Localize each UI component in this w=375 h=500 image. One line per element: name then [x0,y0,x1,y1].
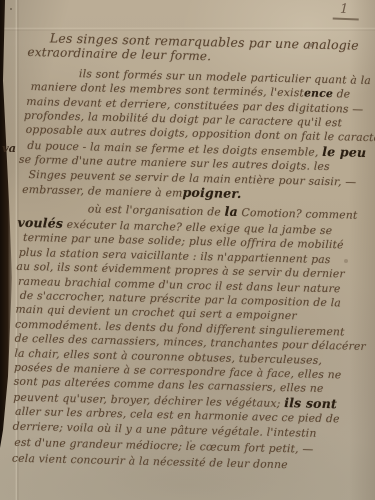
ink-correction: voulés [17,215,63,231]
handwriting-text: extraordinaire de leur forme. [27,45,211,63]
page-number: 1 [332,2,359,21]
handwriting-text: Comotion? comment [238,206,358,222]
handwriting-text: où est l'organisation de [88,203,225,219]
manuscript-photo: 1 va Les singes sont remarquables par un… [0,0,375,500]
margin-note-va: va [2,141,16,155]
ink-correction: la [224,204,238,219]
manuscript-page: 1 va Les singes sont remarquables par un… [0,0,375,500]
ink-correction: ils sont [284,395,337,411]
manuscript-lines: Les singes sont remarquables par une ana… [12,31,375,475]
ink-correction: poigner. [182,185,241,201]
handwriting-text: de [333,87,351,100]
ink-specks [10,8,12,10]
ink-correction: ence [304,87,333,101]
handwriting-text: embrasser, de maniere à em [22,183,183,200]
ink-correction: le peu [322,144,366,160]
